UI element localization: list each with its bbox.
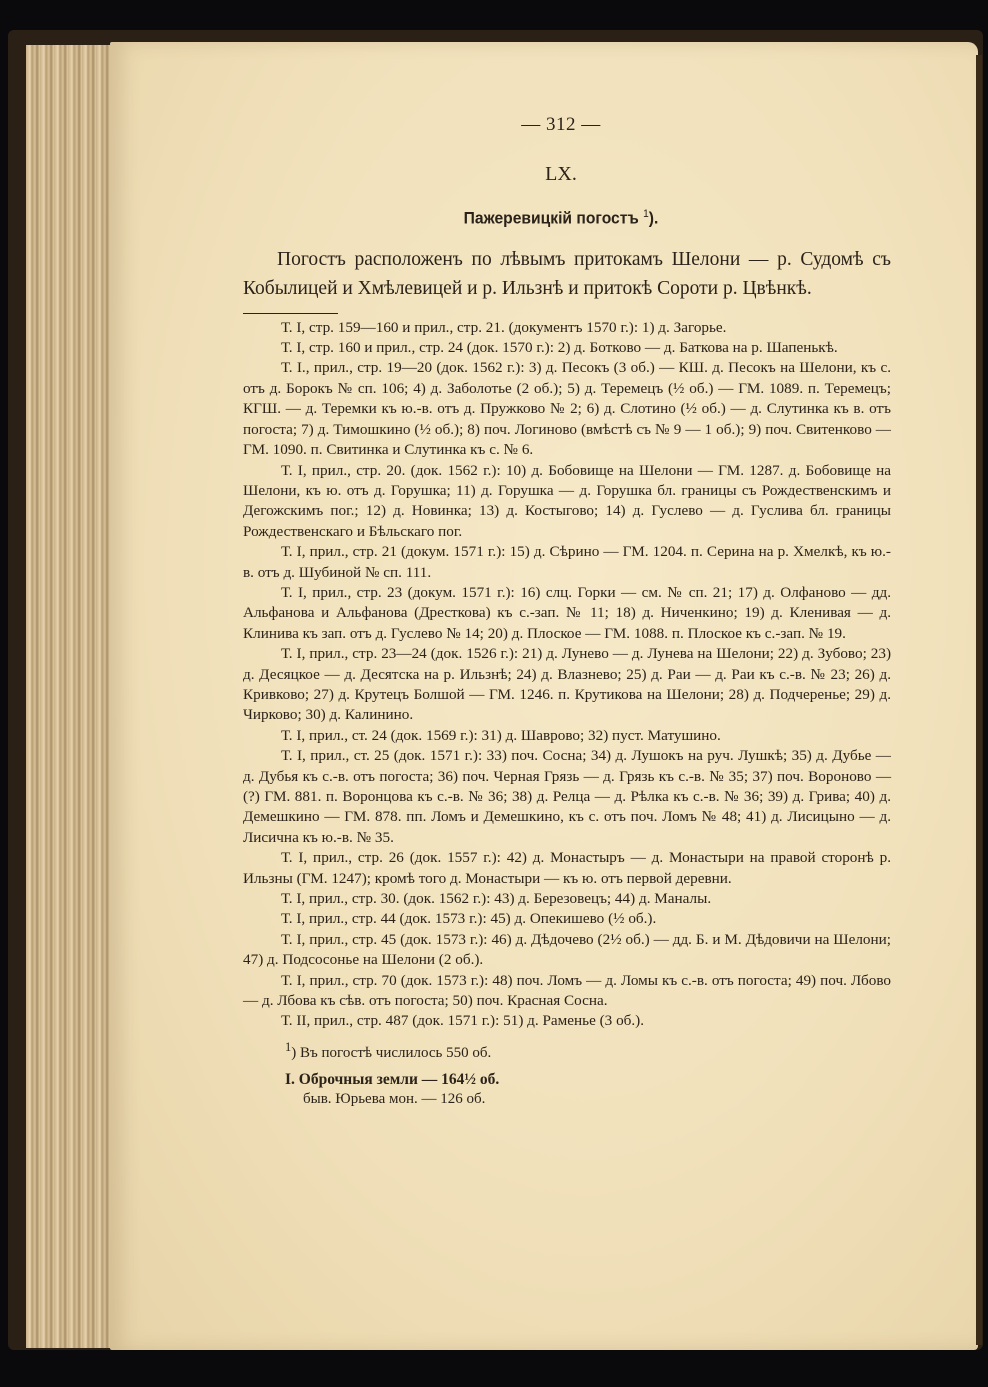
entry-ref: Т. I, прил., стр. 21 (докум. 1571 г.): bbox=[281, 543, 505, 560]
page-stack-edge bbox=[26, 45, 116, 1348]
entry-ref: Т. I, прил., стр. 30. (док. 1562 г.): bbox=[281, 890, 490, 907]
entry-ref: Т. II, прил., стр. 487 (док. 1571 г.): bbox=[281, 1012, 499, 1029]
entry-ref: Т. I, стр. 159—160 и прил., стр. 21. (до… bbox=[281, 319, 638, 336]
page-number: — 312 — bbox=[231, 114, 891, 136]
entry: Т. I, прил., стр. 20. (док. 1562 г.): 10… bbox=[243, 461, 891, 543]
title-paren: ). bbox=[649, 209, 659, 228]
entry: Т. I, прил., стр. 70 (док. 1573 г.): 48)… bbox=[243, 971, 891, 1012]
entry: Т. I, стр. 160 и прил., стр. 24 (док. 15… bbox=[243, 338, 891, 358]
entry: Т. II, прил., стр. 487 (док. 1571 г.): 5… bbox=[243, 1011, 891, 1031]
entry: Т. I, прил., стр. 21 (докум. 1571 г.): 1… bbox=[243, 542, 891, 583]
entry: Т. I, прил., стр. 44 (док. 1573 г.): 45)… bbox=[243, 909, 891, 929]
entry-text: 51) д. Раменье (3 об.). bbox=[503, 1012, 644, 1029]
entries-list: Т. I, стр. 159—160 и прил., стр. 21. (до… bbox=[243, 318, 891, 1032]
entry-text: 31) д. Шаврово; 32) пуст. Матушино. bbox=[482, 727, 721, 744]
page-content: — 312 — LX. Пажеревицкій погостъ 1). Пог… bbox=[243, 114, 891, 1108]
entry: Т. I, прил., ст. 25 (док. 1571 г.): 33) … bbox=[243, 746, 891, 848]
entry-text: 45) д. Опекишево (½ об.). bbox=[490, 910, 656, 927]
section-number: LX. bbox=[231, 163, 891, 186]
entry: Т. I, прил., стр. 23 (докум. 1571 г.): 1… bbox=[243, 583, 891, 644]
page-title: Пажеревицкій погостъ 1). bbox=[257, 208, 864, 229]
entry-ref: Т. I, прил., ст. 24 (док. 1569 г.): bbox=[281, 727, 478, 744]
entry-text: 43) д. Березовецъ; 44) д. Маналы. bbox=[494, 890, 711, 907]
entry-ref: Т. I., прил., стр. 19—20 (док. 1562 г.): bbox=[281, 359, 525, 376]
page-right-edge bbox=[976, 55, 982, 1345]
entry: Т. I, прил., стр. 26 (док. 1557 г.): 42)… bbox=[243, 848, 891, 889]
footnote: 1) Въ погостѣ числилось 550 об. bbox=[285, 1037, 891, 1063]
entry: Т. I, стр. 159—160 и прил., стр. 21. (до… bbox=[243, 318, 891, 338]
entry-ref: Т. I, прил., стр. 26 (док. 1557 г.): bbox=[281, 849, 501, 866]
entry-text: 1) д. Загорье. bbox=[642, 319, 727, 336]
entry-ref: Т. I, прил., стр. 45 (док. 1573 г.): bbox=[281, 931, 488, 948]
entry: Т. I, прил., стр. 30. (док. 1562 г.): 43… bbox=[243, 889, 891, 909]
intro-text: Погостъ расположенъ по лѣвымъ притокамъ … bbox=[243, 249, 891, 299]
entry-ref: Т. I, прил., стр. 44 (док. 1573 г.): bbox=[281, 910, 487, 927]
entry-ref: Т. I, прил., стр. 23—24 (док. 1526 г.): bbox=[281, 645, 518, 662]
entry-ref: Т. I, прил., стр. 23 (докум. 1571 г.): bbox=[281, 584, 515, 601]
entry-ref: Т. I, прил., ст. 25 (док. 1571 г.): bbox=[281, 747, 482, 764]
summary-subitem: быв. Юрьева мон. — 126 об. bbox=[303, 1091, 891, 1108]
footnote-text: ) Въ погостѣ числилось 550 об. bbox=[291, 1045, 491, 1061]
entry-ref: Т. I, стр. 160 и прил., стр. 24 (док. 15… bbox=[281, 339, 554, 356]
entry: Т. I, прил., стр. 45 (док. 1573 г.): 46)… bbox=[243, 930, 891, 971]
entry: Т. I, прил., ст. 24 (док. 1569 г.): 31) … bbox=[243, 726, 891, 746]
entry-ref: Т. I, прил., стр. 20. (док. 1562 г.): bbox=[281, 462, 501, 479]
entry-ref: Т. I, прил., стр. 70 (док. 1573 г.): bbox=[281, 972, 488, 989]
summary-heading: I. Оброчныя земли — 164½ об. bbox=[285, 1071, 891, 1089]
entry-text: 2) д. Ботково — д. Баткова на р. Шапеньк… bbox=[558, 339, 838, 356]
title-text: Пажеревицкій погостъ bbox=[464, 209, 639, 228]
entry: Т. I, прил., стр. 23—24 (док. 1526 г.): … bbox=[243, 644, 891, 726]
entry: Т. I., прил., стр. 19—20 (док. 1562 г.):… bbox=[243, 358, 891, 460]
intro-paragraph: Погостъ расположенъ по лѣвымъ притокамъ … bbox=[243, 245, 891, 303]
footnote-rule bbox=[243, 313, 338, 314]
